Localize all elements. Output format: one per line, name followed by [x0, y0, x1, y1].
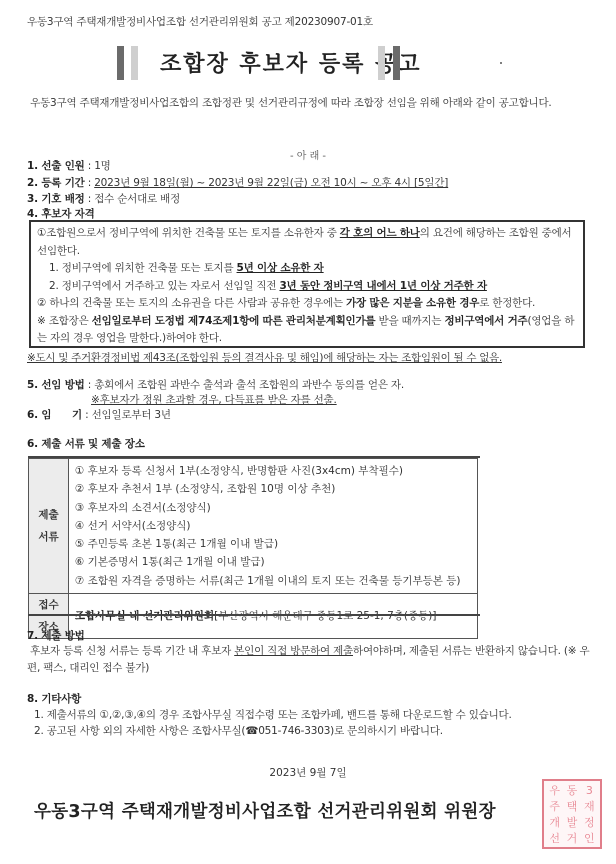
- issue-date: 2023년 9월 7일: [0, 765, 616, 780]
- item-8-heading: 8. 기타사항: [27, 691, 81, 706]
- doc-item: ⑤ 주민등록 초본 1통(최근 1개월 이내 발급): [75, 535, 471, 553]
- item-7-heading: 7. 제출 방법: [27, 628, 85, 643]
- title-bar-left-dark: [117, 46, 124, 80]
- notice-document: 우동3구역 주택재개발정비사업조합 선거관리위원회 공고 제20230907-0…: [0, 0, 616, 864]
- qual-sub-1: 1. 정비구역에 위치한 건축물 또는 토지를 5년 이상 소유한 자: [37, 260, 577, 278]
- item-7-text: 후보자 등록 신청 서류는 등록 기간 내 후보자 본인이 직접 방문하여 제출…: [27, 643, 592, 677]
- notice-number: 우동3구역 주택재개발정비사업조합 선거관리위원회 공고 제20230907-0…: [27, 14, 373, 29]
- doc-item: ③ 후보자의 소견서(소정양식): [75, 499, 471, 517]
- doc-item: ⑦ 조합원 자격을 증명하는 서류(최근 1개월 이내의 토지 또는 건축물 등…: [75, 572, 471, 590]
- qual-sub-2: 2. 정비구역에서 거주하고 있는 자로서 선임일 직전 3년 동안 정비구역 …: [37, 278, 577, 296]
- item-6-documents-heading: 6. 제출 서류 및 제출 장소: [27, 436, 145, 451]
- scan-speck: [500, 62, 502, 64]
- doc-item: ⑥ 기본증명서 1통(최근 1개월 이내 발급): [75, 553, 471, 571]
- item-1-headcount: 1. 선출 인원 : 1명: [27, 158, 111, 173]
- item-3-number-assignment: 3. 기호 배정 : 접수 순서대로 배정: [27, 191, 180, 206]
- qualifications-box: ①조합원으로서 정비구역에 위치한 건축물 또는 토지를 소유한자 중 각 호의…: [29, 220, 585, 348]
- docs-list-cell: ① 후보자 등록 신청서 1부(소정양식, 반명함판 사진(3x4cm) 부착필…: [68, 459, 477, 594]
- item-6-term: 6. 임 기 : 선임일로부터 3년: [27, 407, 171, 422]
- official-seal-stamp: 우동3 주택재 개발정 선거인: [542, 779, 602, 849]
- item-8-line-2: 2. 공고된 사항 외의 자세한 사항은 조합사무실(☎051-746-3303…: [34, 723, 443, 738]
- docs-row: 제출 서류 ① 후보자 등록 신청서 1부(소정양식, 반명함판 사진(3x4c…: [29, 459, 478, 594]
- intro-paragraph: 우동3구역 주택재개발정비사업조합의 조합정관 및 선거관리규정에 따라 조합장…: [27, 94, 592, 112]
- disqualification-note: ※도시 및 주거환경정비법 제43조(조합임원 등의 결격사유 및 해임)에 해…: [27, 350, 502, 365]
- item-4-qualifications-heading: 4. 후보자 자격: [27, 206, 95, 221]
- doc-item: ② 후보자 추천서 1부 (소정양식, 조합원 10명 이상 추천): [75, 480, 471, 498]
- documents-table: 제출 서류 ① 후보자 등록 신청서 1부(소정양식, 반명함판 사진(3x4c…: [28, 458, 478, 639]
- table-bottom-rule: [28, 614, 480, 616]
- qual-para-1: ①조합원으로서 정비구역에 위치한 건축물 또는 토지를 소유한자 중 각 호의…: [37, 225, 577, 260]
- signature-line: 우동3구역 주택재개발정비사업조합 선거관리위원회 위원장: [34, 798, 496, 823]
- item-5-note: ※후보자가 정원 초과할 경우, 다득표를 받은 자를 선출.: [91, 392, 337, 407]
- doc-item: ① 후보자 등록 신청서 1부(소정양식, 반명함판 사진(3x4cm) 부착필…: [75, 462, 471, 480]
- qual-para-3: ※ 조합장은 선임일로부터 도정법 제74조제1항에 따른 관리처분계획인가를 …: [37, 313, 577, 348]
- docs-header-cell: 제출 서류: [29, 459, 69, 594]
- item-5-selection-method: 5. 선임 방법 : 총회에서 조합원 과반수 출석과 출석 조합원의 과반수 …: [27, 377, 404, 392]
- title-bar-left-light: [131, 46, 138, 80]
- item-8-line-1: 1. 제출서류의 ①,②,③,④의 경우 조합사무실 직접수령 또는 조합카페,…: [34, 707, 512, 722]
- qual-para-2: ② 하나의 건축물 또는 토지의 소유권을 다른 사람과 공유한 경우에는 가장…: [37, 295, 577, 313]
- title-bar-right-dark: [393, 46, 400, 80]
- place-row: 접수 장소 조합사무실 내 선거관리위원회[부산광역시 해운대구 중동1로 25…: [29, 594, 478, 639]
- item-2-registration-period: 2. 등록 기간 : 2023년 9월 18일(월) ~ 2023년 9월 22…: [27, 175, 448, 190]
- place-cell: 조합사무실 내 선거관리위원회[부산광역시 해운대구 중동1로 25-1, 7층…: [68, 594, 477, 639]
- doc-item: ④ 선거 서약서(소정양식): [75, 517, 471, 535]
- title-bar-right-light: [378, 46, 385, 80]
